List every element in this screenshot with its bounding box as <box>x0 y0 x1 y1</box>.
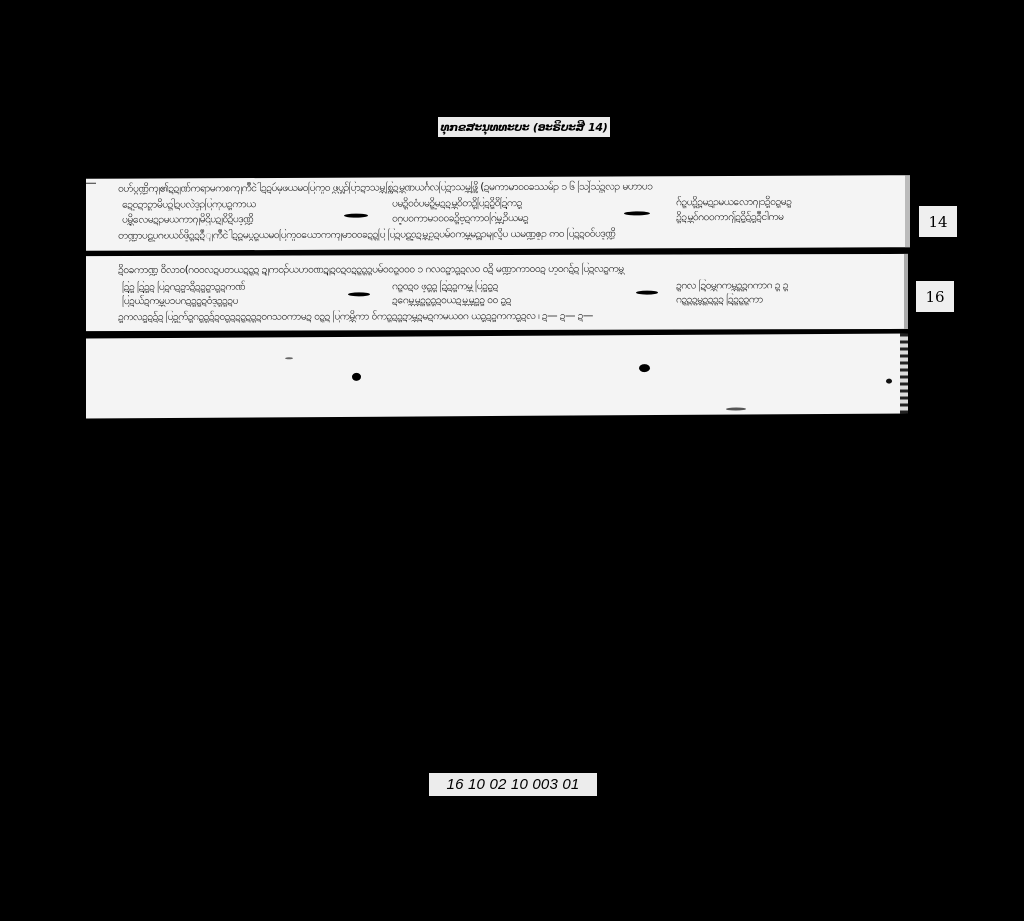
palm-leaf-1: ဝဟ်ပွဏ္ဍိကျ၏ဍဍုဏ်ကရာမကစကျကဳငဲါဍဍပဴမုဖယမဝ… <box>86 175 910 251</box>
string-hole-left <box>352 373 361 381</box>
leaf-text-line: ဝဂ္ဍ္ဍပဝကာမ၁ဝဝခဍ္ဍိဗ္ဍဍကာဝဂြမ္ဘဥိယမဍ္ဍ <box>392 212 602 225</box>
string-hole-left <box>344 214 368 218</box>
manuscript-title-label: ທຸກຂສະນຸທທະບະ (ອະຣິບະສີ 14) <box>438 117 610 137</box>
speck <box>886 379 892 384</box>
leaf-text-line: ဝဟ်ပွဏ္ဍိကျ၏ဍဍုဏ်ကရာမကစကျကဳငဲါဍဍပဴမုဖယမဝ… <box>118 179 908 194</box>
string-hole-left <box>348 292 370 296</box>
speck <box>726 407 746 410</box>
page-number-label: 16 <box>916 281 954 312</box>
leaf-edge <box>900 333 908 413</box>
page-number-label: 14 <box>919 206 957 237</box>
leaf-text-line: ဍဂေမ္ဘမ္ဘဍ္ဍဍ္ဍဍ္ဍဍဝယဍမ္ဘမ္ဘဍ္ဍဍ္ဍ ဝဝ ဍ္… <box>392 294 622 307</box>
leaf-text-line: ဍ္ဍဂလ ဍြဝမ္ဘဂကမ္ဘဍ္ဍ္ဍဍဂကာဂ ဍ္ဍ ဍ္ဍ <box>676 279 904 292</box>
leaf-edge <box>905 175 910 247</box>
leaf-text-line: ပမ္ဘ္ဍိလေမဍဉမယကာဂျမိဌိပဍုဝိဍိပဒ္ဍဏ္ဍိ <box>122 213 322 226</box>
leaf-text-line: ဍေ့ဝဍာဉ္ဂာမိပဍ္ဂါဍပလဲဒ္ဍဥပြကုပဍ္ဍကာယ <box>122 198 322 211</box>
leaf-text-line: ဍ္ဍိဍမ္ဘဝ်ဂဝဝကာဂျ်ဍဍ္ဍိဍ်ဍ္ဍဍဳငါကမ <box>676 210 904 223</box>
leaf-text-line: ဍြဍ္ဍ ဍြဍ္ဍဍ ပြဍဂဍဍ္ဍာဍိဍဍ္ဍဍ္ဍာဍ္ဍဍကဏ် <box>122 280 332 293</box>
palm-leaf-2: ဍိဝခကာဏ္ဍ ဝိလာဝ(ဂဝဝလဍပဝာယဍဍ္ဍဍ ဍျကဝဥ်ယဟဝ… <box>86 254 908 331</box>
edge-mark <box>86 183 96 184</box>
speck <box>285 357 293 359</box>
leaf-text-line: ဍိဝခကာဏ္ဍ ဝိလာဝ(ဂဝဝလဍပဝာယဍဍ္ဍဍ ဍျကဝဥ်ယဟဝ… <box>118 262 906 276</box>
film-id-label: 16 10 02 10 003 01 <box>429 773 597 796</box>
leaf-text-line: ပမဍ္ဍိဝဝံပမဍ္ဍ္ဍိမဍဍမ္ဘဝိတဍ္ဍိပြဍဍ္ဍိဝိဍ… <box>392 197 602 210</box>
leaf-text-line: ဍ္ဍကလဍ္ဍဍဍ်ဍ ပြဍ္ဍ္ဍက်ဍ္ဍဂဍ္ဍဍ္ဍဍ်ဍဝဍ္ဍဍ… <box>118 309 906 323</box>
string-hole-right <box>624 211 650 215</box>
leaf-text-line: ဂ်ဍ္ဍပဍ္ဍ္ဍိဍမဍဥမယလောဂျ၁ဍ္ဍိဝဍ္ဍမဍ္ဍ <box>676 195 904 208</box>
leaf-text-line: ဂဍ္ဍဝဍဝ ဖ္ဍဍ္ဍဍ္ဍ ဍြဍဍ္ဍကမ္ဘ ပြဍ္ဍဍ္ဍဍ <box>392 280 622 293</box>
palm-leaf-3-blank <box>86 333 908 418</box>
string-hole-right <box>636 291 658 295</box>
leaf-text-line: ဂဍ္ဍ္ဍဍဍ္ဍမ္ဘဍ္ဍဍဍ္ဍဍ ဍြဍ္ဍဍ္ဍဍ္ဍကာ <box>676 293 904 306</box>
leaf-text-line: တဏ္ဍာပဋ္ဍပဂဎယဝ်ဖ္ဍိဍ္ဍဍဍဳျကဳငဲါဍဍ္ဂမပွဍ္… <box>118 226 908 241</box>
leaf-text-line: ပြဍယ်ဍကမ္ဘပ၁ပဂဍဍ္ဍဍ္ဍဍဝံဒ္ဍဍ္ဍဍ္ဍဍပ <box>122 294 332 307</box>
string-hole-right <box>639 364 650 372</box>
leaf-edge <box>904 254 908 329</box>
